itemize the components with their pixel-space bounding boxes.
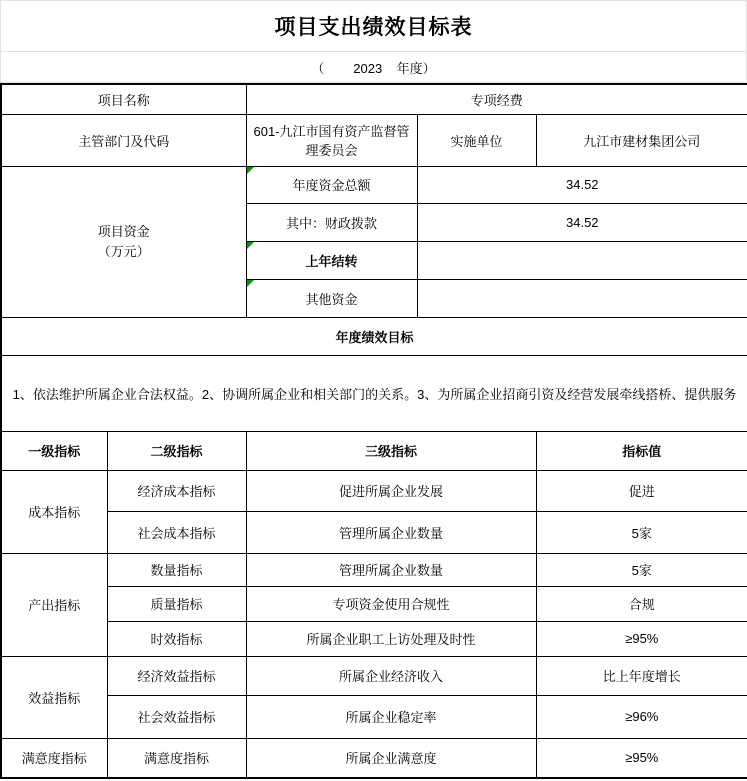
indicator-level3: 所属企业经济收入 <box>246 656 536 695</box>
indicator-level3: 促进所属企业发展 <box>246 470 536 511</box>
indicator-level2: 满意度指标 <box>107 738 246 778</box>
table-row: 效益指标 经济效益指标 所属企业经济收入 比上年度增长 <box>1 656 747 695</box>
indicator-level2: 经济成本指标 <box>107 470 246 511</box>
funds-label: 项目资金 （万元） <box>1 166 246 317</box>
carryover-label: 上年结转 <box>246 241 417 279</box>
impl-unit-value: 九江市建材集团公司 <box>536 114 747 166</box>
indicator-level2: 数量指标 <box>107 553 246 586</box>
indicator-level3: 所属企业满意度 <box>246 738 536 778</box>
indicator-value: 促进 <box>536 470 747 511</box>
table-row: 社会效益指标 所属企业稳定率 ≥96% <box>1 695 747 738</box>
table-row: 质量指标 专项资金使用合规性 合规 <box>1 586 747 621</box>
indicator-value: ≥96% <box>536 695 747 738</box>
dept-label: 主管部门及代码 <box>1 114 246 166</box>
indicator-value: 合规 <box>536 586 747 621</box>
group-output: 产出指标 <box>1 553 107 656</box>
annual-total-value: 34.52 <box>417 166 747 203</box>
group-cost: 成本指标 <box>1 470 107 553</box>
main-table: 项目名称 专项经费 主管部门及代码 601-九江市国有资产监督管理委员会 实施单… <box>0 83 747 779</box>
page-title: 项目支出绩效目标表 <box>0 0 747 52</box>
annual-target-header: 年度绩效目标 <box>1 317 747 355</box>
header-level2: 二级指标 <box>107 431 246 470</box>
indicator-level3: 所属企业职工上访处理及时性 <box>246 621 536 656</box>
year-line: （ 2023 年度） <box>0 52 747 83</box>
indicator-value: 5家 <box>536 553 747 586</box>
annual-total-label: 年度资金总额 <box>246 166 417 203</box>
dept-value: 601-九江市国有资产监督管理委员会 <box>246 114 417 166</box>
table-row: 成本指标 经济成本指标 促进所属企业发展 促进 <box>1 470 747 511</box>
indicator-value: 5家 <box>536 511 747 553</box>
project-name-label: 项目名称 <box>1 84 246 114</box>
indicator-level3: 管理所属企业数量 <box>246 511 536 553</box>
indicator-level3: 所属企业稳定率 <box>246 695 536 738</box>
indicator-value: 比上年度增长 <box>536 656 747 695</box>
table-row: 年度绩效目标 <box>1 317 747 355</box>
indicator-value: ≥95% <box>536 621 747 656</box>
performance-target-sheet: 项目支出绩效目标表 （ 2023 年度） 项目名称 专项经费 主管部门及代码 6… <box>0 0 747 779</box>
indicator-level2: 社会成本指标 <box>107 511 246 553</box>
indicator-level2: 社会效益指标 <box>107 695 246 738</box>
group-satisfaction: 满意度指标 <box>1 738 107 778</box>
header-level1: 一级指标 <box>1 431 107 470</box>
indicator-level2: 经济效益指标 <box>107 656 246 695</box>
indicator-level2: 时效指标 <box>107 621 246 656</box>
header-level3: 三级指标 <box>246 431 536 470</box>
table-row: 项目资金 （万元） 年度资金总额 34.52 <box>1 166 747 203</box>
table-row: 时效指标 所属企业职工上访处理及时性 ≥95% <box>1 621 747 656</box>
fiscal-appropriation-label: 其中：财政拨款 <box>246 203 417 241</box>
other-funds-value <box>417 279 747 317</box>
table-row: 项目名称 专项经费 <box>1 84 747 114</box>
project-name-value: 专项经费 <box>246 84 747 114</box>
table-row: 一级指标 二级指标 三级指标 指标值 <box>1 431 747 470</box>
group-benefit: 效益指标 <box>1 656 107 738</box>
indicator-level3: 管理所属企业数量 <box>246 553 536 586</box>
table-row: 满意度指标 满意度指标 所属企业满意度 ≥95% <box>1 738 747 778</box>
carryover-value <box>417 241 747 279</box>
indicator-value: ≥95% <box>536 738 747 778</box>
indicator-level3: 专项资金使用合规性 <box>246 586 536 621</box>
table-row: 社会成本指标 管理所属企业数量 5家 <box>1 511 747 553</box>
annual-target-content: 1、依法维护所属企业合法权益。2、协调所属企业和相关部门的关系。3、为所属企业招… <box>1 355 747 431</box>
table-row: 产出指标 数量指标 管理所属企业数量 5家 <box>1 553 747 586</box>
indicator-level2: 质量指标 <box>107 586 246 621</box>
impl-unit-label: 实施单位 <box>417 114 536 166</box>
table-row: 主管部门及代码 601-九江市国有资产监督管理委员会 实施单位 九江市建材集团公… <box>1 114 747 166</box>
table-row: 1、依法维护所属企业合法权益。2、协调所属企业和相关部门的关系。3、为所属企业招… <box>1 355 747 431</box>
fiscal-appropriation-value: 34.52 <box>417 203 747 241</box>
other-funds-label: 其他资金 <box>246 279 417 317</box>
header-value: 指标值 <box>536 431 747 470</box>
